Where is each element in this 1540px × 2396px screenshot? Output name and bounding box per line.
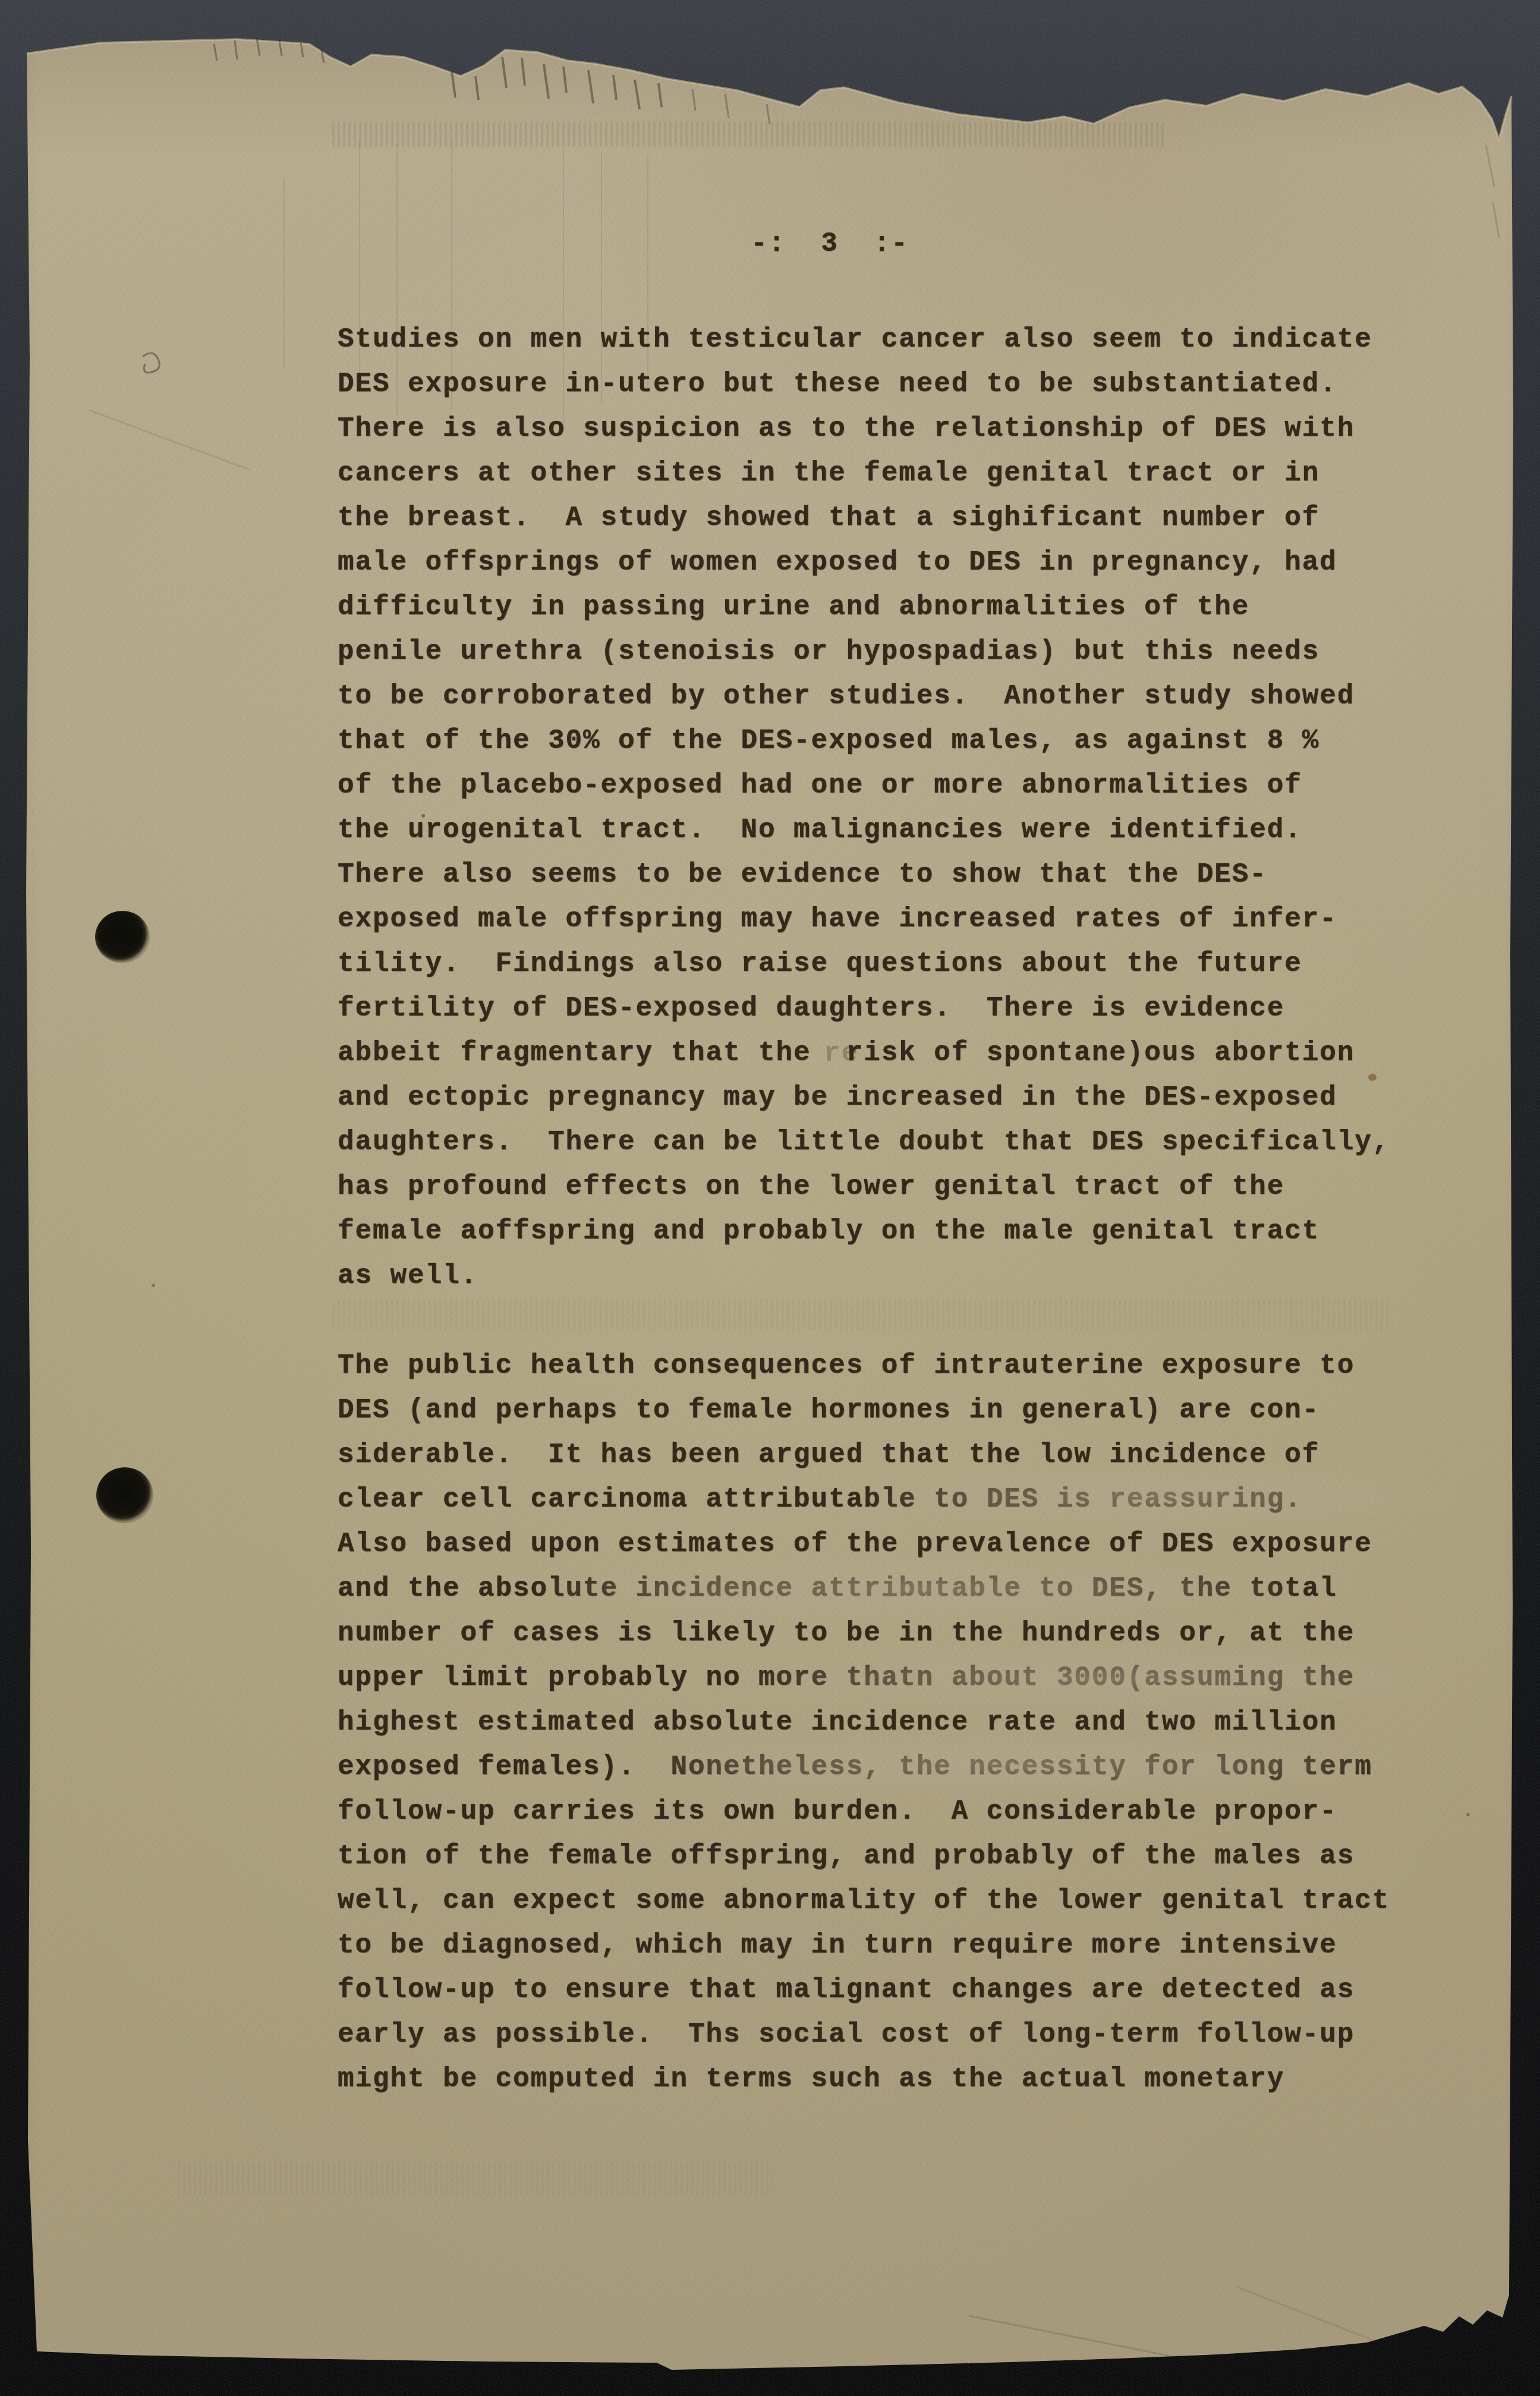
text-line: siderable. It has been argued that the l… [338, 1433, 1390, 1477]
text-line: the breast. A study showed that a sighif… [338, 496, 1390, 540]
text-line: might be computed in terms such as the a… [338, 2057, 1390, 2102]
stain-dot [1368, 1074, 1377, 1081]
punch-hole [96, 1467, 153, 1523]
scan-background: -: 3 :- Studies on men with testicular c… [0, 0, 1540, 2396]
text-line: upper limit probably no more thatn about… [338, 1656, 1390, 1700]
text-line: DES exposure in-utero but these need to … [338, 362, 1390, 407]
text-line: and ectopic pregnancy may be increased i… [338, 1076, 1390, 1120]
text-line: of the placebo-exposed had one or more a… [338, 763, 1390, 808]
text-line: cancers at other sites in the female gen… [338, 451, 1390, 496]
text-line: and the absolute incidence attributable … [338, 1567, 1390, 1611]
text-line: male offsprings of women exposed to DES … [338, 540, 1390, 585]
text-line: early as possible. Ths social cost of lo… [338, 2013, 1390, 2057]
page-number: -: 3 :- [303, 222, 1356, 266]
text-line: to be corroborated by other studies. Ano… [338, 674, 1390, 719]
text-line: daughters. There can be little doubt tha… [338, 1120, 1390, 1165]
text-line: tion of the female offspring, and probab… [338, 1834, 1390, 1879]
text-line: highest estimated absolute incidence rat… [338, 1700, 1390, 1745]
text-line: There is also suspicion as to the relati… [338, 407, 1390, 451]
text-line: the urogenital tract. No malignancies we… [338, 808, 1390, 853]
text-line: female aoffspring and probably on the ma… [338, 1209, 1390, 1254]
text-line: clear cell carcinoma attributable to DES… [338, 1477, 1390, 1522]
text-line: exposed females). Nonetheless, the neces… [338, 1745, 1390, 1790]
text-line: DES (and perhaps to female hormones in g… [338, 1388, 1390, 1433]
text-line: penile urethra (stenoisis or hypospadias… [338, 630, 1390, 674]
text-line: that of the 30% of the DES-exposed males… [338, 719, 1390, 763]
overstrike-faint-text: re [824, 1032, 859, 1076]
text-line: to be diagnosed, which may in turn requi… [338, 1923, 1390, 1968]
text-line: as well. [338, 1254, 1390, 1298]
text-line: has profound effects on the lower genita… [338, 1165, 1390, 1209]
text-line: exposed male offspring may have increase… [338, 897, 1390, 942]
text-line: well, can expect some abnormality of the… [338, 1879, 1390, 1923]
paragraph-1: Studies on men with testicular cancer al… [338, 317, 1390, 1298]
paragraph-2: The public health consequences of intrau… [338, 1344, 1390, 2102]
text-line: There also seems to be evidence to show … [338, 853, 1390, 897]
text-line: abbeit fragmentary that the risk of spon… [338, 1031, 1390, 1076]
text-line: difficulty in passing urine and abnormal… [338, 585, 1390, 630]
punch-hole [95, 911, 150, 963]
text-line: The public health consequences of intrau… [338, 1344, 1390, 1388]
text-line: Studies on men with testicular cancer al… [338, 317, 1390, 362]
text-line: Also based upon estimates of the prevale… [338, 1522, 1390, 1567]
text-line: number of cases is likely to be in the h… [338, 1611, 1390, 1656]
text-line: follow-up to ensure that malignant chang… [338, 1968, 1390, 2013]
text-line: tility. Findings also raise questions ab… [338, 942, 1390, 986]
text-line: fertility of DES-exposed daughters. Ther… [338, 986, 1390, 1031]
text-line: follow-up carries its own burden. A cons… [338, 1790, 1390, 1834]
